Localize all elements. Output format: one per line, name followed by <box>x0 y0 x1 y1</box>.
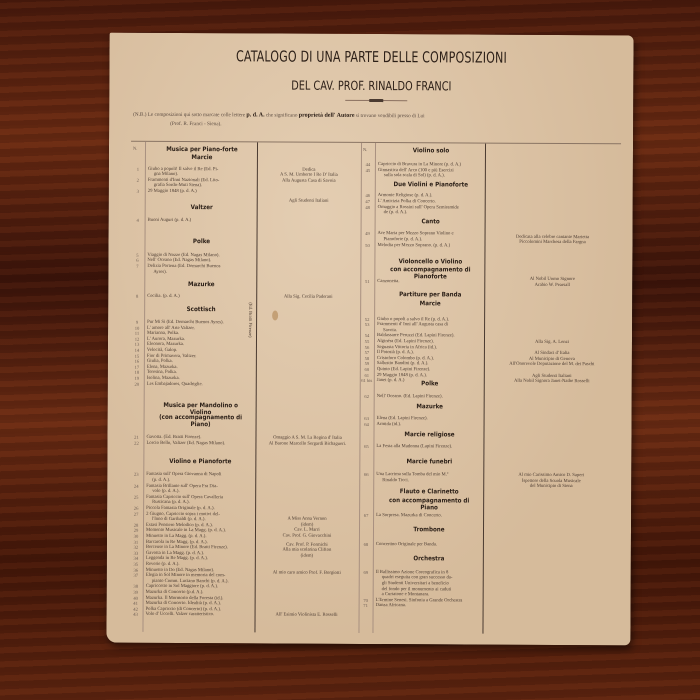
right-entry-number: 62 <box>360 394 374 399</box>
left-entry-number: 29 <box>129 528 143 533</box>
left-entry-number: 5 <box>130 253 144 258</box>
left-entry-number: 15 <box>130 353 144 358</box>
right-entry-number: 60 <box>360 367 374 372</box>
left-entry-number: 18 <box>130 370 144 375</box>
left-entry-number: 41 <box>129 601 143 606</box>
title-ornament-divider <box>345 100 407 101</box>
left-section-heading: Valtzer <box>153 203 250 211</box>
right-dedication: Piccolomini Marchesa della Fargna <box>486 240 618 247</box>
left-entry-number: 6 <box>130 258 144 263</box>
left-entry-number: 36 <box>129 567 143 572</box>
left-section-heading: Scottisch <box>153 305 250 313</box>
right-section-heading: Marcie funebri <box>382 458 477 465</box>
right-entry-number: 70 <box>359 598 373 603</box>
right-entry-number: 71 <box>359 603 373 608</box>
left-entry-number: 19 <box>130 376 144 381</box>
right-entry-number: 48 <box>361 205 375 210</box>
left-entry-title: Les Embajadores, Quadriglie. <box>147 382 203 388</box>
left-entry-title: 29 Maggio 1848 (p. d. A.) <box>148 189 197 195</box>
left-entry-number: 39 <box>129 590 143 595</box>
right-entry-number: 61 bis <box>360 378 374 383</box>
paper-stain <box>272 310 278 320</box>
right-entry-number: 44 <box>361 162 375 167</box>
right-entry-title: Canzonetta. <box>377 279 399 285</box>
left-section-heading: Marcie <box>153 154 250 162</box>
right-entry-title: La Festa alla Madonna (Lapini Firenze). <box>376 444 452 450</box>
right-entry-number: 67 <box>359 513 373 518</box>
left-entry-title: Lorcio Bello, Valtzer (Ed. Nagas Milano)… <box>146 441 225 447</box>
right-dedication: Alla Nobil Signora Janet-Nathe Rosselli <box>486 379 618 386</box>
note-text-mid: che significano <box>266 112 298 118</box>
left-entry-number: 25 <box>129 495 143 500</box>
right-dedication: del Municipio di Siena <box>485 484 617 491</box>
right-entry-title: Concertino Originale per Banda. <box>376 542 437 548</box>
note-line2: (Prof. R. Franci - Siena). <box>133 120 623 132</box>
column-header-n-right: N. <box>363 147 367 152</box>
right-entry-title: Janet (p. d. A.) <box>377 378 405 384</box>
left-entry-number: 16 <box>130 359 144 364</box>
left-entry-number: 1 <box>131 166 145 171</box>
left-section-heading: Polke <box>153 238 250 246</box>
left-dedication: Cav. Prof. G. Giovacchini <box>257 533 357 540</box>
right-entry-number: 46 <box>361 193 375 198</box>
left-dedication: All' Esimio Violinista E. Rosselli <box>257 613 357 620</box>
right-entry-number: 69 <box>359 570 373 575</box>
right-section-heading: Violino solo <box>383 148 478 155</box>
left-entry-number: 35 <box>129 562 143 567</box>
right-entry-number: 61 <box>360 373 374 378</box>
center-rule <box>358 143 362 633</box>
right-entry-number: 47 <box>361 199 375 204</box>
column-header-n: N. <box>133 146 137 151</box>
left-entry-number: 12 <box>130 337 144 342</box>
left-entry-number: 17 <box>130 365 144 370</box>
right-entry-number: 66 <box>359 472 373 477</box>
left-entry-number: 37 <box>129 573 143 578</box>
left-entry-number: 11 <box>130 331 144 336</box>
left-dedication: Al mio caro amico Prof. F. Borgiotti <box>257 570 357 577</box>
right-entry-number: 58 <box>360 356 374 361</box>
left-entry-number: 24 <box>129 483 143 488</box>
right-entry-number: 45 <box>361 168 375 173</box>
right-entry-number: 49 <box>361 231 375 236</box>
left-section-heading: (con accompagnamento di Piano) <box>152 414 249 429</box>
right-section-heading: Flauto e Clarinetto <box>381 488 476 495</box>
left-entry-number: 40 <box>129 595 143 600</box>
left-section-heading: Musica per Piano-forte <box>153 146 250 154</box>
left-entry-number: 31 <box>129 539 143 544</box>
left-entry-number: 27 <box>129 511 143 516</box>
right-entry-number: 56 <box>360 345 374 350</box>
right-section-heading: Marcie <box>382 300 477 307</box>
left-dedication: (idem) <box>257 553 357 560</box>
right-entry-title: sulla sola scala di Sol) (p. d. A.). <box>384 173 445 179</box>
left-dedication: Alla Augusta Casa di Savoia <box>259 178 359 185</box>
right-section-heading: Mazurke <box>382 403 477 410</box>
left-entry-title: Ayres). <box>153 270 167 276</box>
left-entry-number: 9 <box>130 320 144 325</box>
left-dedication: Alla Sig. Cecilia Paderani <box>258 295 358 302</box>
left-section-heading: Mazurke <box>153 281 250 289</box>
left-entry-number: 26 <box>129 506 143 511</box>
left-entry-number: 28 <box>129 523 143 528</box>
left-dedication: Al Barone Marcello Sergardi Bichagueri. <box>257 441 357 448</box>
right-dedication: Arabio W. Pearsall <box>486 282 618 289</box>
left-entry-number: 43 <box>129 612 143 617</box>
right-entry-title: Melodia per Mezzo Soprano. (p. d. A.) <box>377 243 450 249</box>
catalog-table: N. N. (Ed. Bratti Firenze) Musica per Pi… <box>128 141 621 635</box>
left-entry-number: 14 <box>130 348 144 353</box>
right-dedication: All'Onorevole Deputazione del M. dei Pas… <box>486 362 618 369</box>
left-entry-number: 33 <box>129 551 143 556</box>
right-entry-number: 65 <box>359 444 373 449</box>
left-entry-title: Cecilia. (p. d. A.) <box>147 294 179 300</box>
right-entry-title: Danza Africana. <box>376 603 406 609</box>
note-text: (N.B.) Le composizioni qui sotto marcate… <box>133 112 245 119</box>
left-entry-number: 32 <box>129 545 143 550</box>
right-section-heading: Marcie religiose <box>382 431 477 438</box>
left-entry-number: 20 <box>130 381 144 386</box>
note-text-suffix: si trovano vendibili presso di Lui <box>356 113 425 119</box>
left-entry-number: 21 <box>129 435 143 440</box>
right-entry-number: 53 <box>360 322 374 327</box>
note-proprieta: proprietà dell' Autore <box>299 113 355 119</box>
right-entry-number: 54 <box>360 333 374 338</box>
left-entry-number: 34 <box>129 556 143 561</box>
right-section-heading: Trombone <box>381 526 476 533</box>
right-number-rule <box>372 143 376 633</box>
catalog-page: CATALOGO DI UNA PARTE DELLE COMPOSIZIONI… <box>106 33 633 646</box>
right-section-heading: con accompagnamento di Piano <box>381 497 476 511</box>
right-entry-number: 57 <box>360 350 374 355</box>
right-section-heading: Violoncello o Violino <box>383 258 478 265</box>
right-entry-number: 52 <box>360 317 374 322</box>
right-entry-title: de (p. d. A.). <box>384 210 408 216</box>
left-entry-number: 42 <box>129 607 143 612</box>
left-section-heading: Violino e Pianoforte <box>152 458 249 466</box>
right-entry-title: Armida (id.). <box>377 422 402 428</box>
right-entry-number: 64 <box>360 422 374 427</box>
right-entry-title: Nell' Oceano. (Ed. Lapini Firenze). <box>377 394 443 400</box>
note-pda: p. d. A. <box>246 112 264 118</box>
right-entry-number: 50 <box>360 243 374 248</box>
left-dedication: Agli Studenti Italiani <box>259 198 359 205</box>
left-entry-number: 2 <box>131 178 145 183</box>
right-section-heading: Orchestra <box>381 555 476 562</box>
right-title-rule <box>482 144 486 634</box>
right-entry-number: 51 <box>360 278 374 283</box>
left-entry-title: Volo d' Uccelli. Valzer caratteristico. <box>146 612 215 618</box>
right-section-heading: Due Violini e Pianoforte <box>383 181 478 188</box>
right-entry-title: Rinaldo Ticci. <box>382 478 409 484</box>
right-section-heading: Partiture per Banda <box>383 291 478 298</box>
page-title: CATALOGO DI UNA PARTE DELLE COMPOSIZIONI <box>157 47 587 67</box>
left-entry-number: 22 <box>129 441 143 446</box>
right-dedication: Alla Sig. A. Lenzi <box>486 340 618 347</box>
right-entry-number: 59 <box>360 361 374 366</box>
left-entry-number: 10 <box>130 325 144 330</box>
left-entry-number: 13 <box>130 342 144 347</box>
left-entry-title: Buoni Auguri (p. d. A.) <box>148 218 192 224</box>
left-entry-number: 7 <box>130 264 144 269</box>
right-entry-number: 55 <box>360 339 374 344</box>
right-entry-title: La Sorpresa. Mazurka di Concerto. <box>376 513 442 519</box>
right-entry-number: 68 <box>359 542 373 547</box>
left-entry-number: 8 <box>130 294 144 299</box>
right-entry-number: 63 <box>360 416 374 421</box>
left-entry-number: 23 <box>129 472 143 477</box>
page-subtitle: DEL CAV. PROF. RINALDO FRANCI <box>167 77 576 94</box>
nota-bene: (N.B.) Le composizioni qui sotto marcate… <box>133 111 623 132</box>
left-entry-number: 4 <box>131 218 145 223</box>
left-entry-number: 38 <box>129 584 143 589</box>
left-entry-number: 3 <box>131 189 145 194</box>
right-section-heading: Canto <box>383 218 478 225</box>
left-entry-number: 30 <box>129 534 143 539</box>
